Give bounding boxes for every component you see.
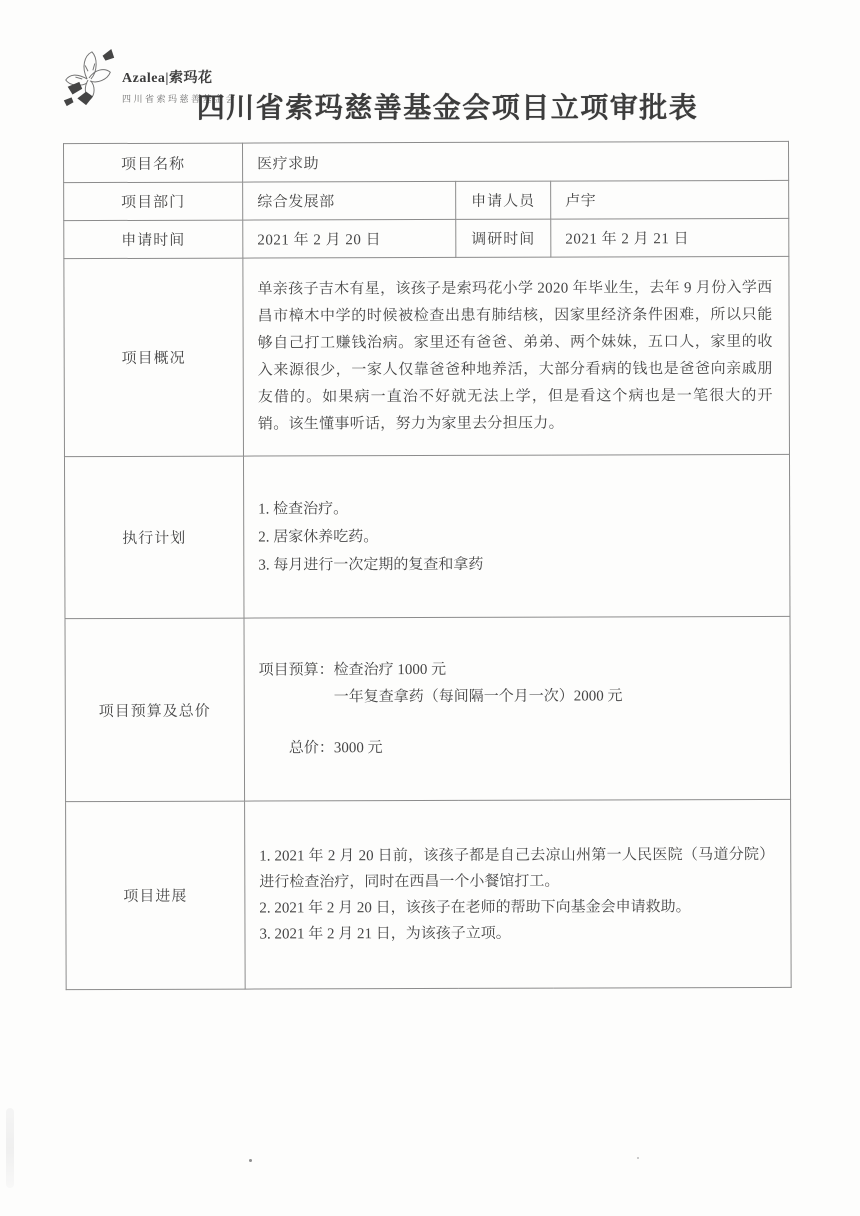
progress-item-2: 2. 2021 年 2 月 20 日，该孩子在老师的帮助下向基金会申请救助。 xyxy=(259,893,774,921)
plan-item-3: 3. 每月进行一次定期的复查和拿药 xyxy=(258,549,773,579)
row-dates: 申请时间 2021 年 2 月 20 日 调研时间 2021 年 2 月 21 … xyxy=(64,218,789,258)
logo-brand-name: Azalea|索玛花 xyxy=(122,67,237,87)
plan-cell: 1. 检查治疗。 2. 居家休养吃药。 3. 每月进行一次定期的复查和拿药 xyxy=(243,454,790,618)
project-name-label: 项目名称 xyxy=(64,143,243,183)
project-approval-table: 项目名称 医疗求助 项目部门 综合发展部 申请人员 卢宇 申请时间 2021 年… xyxy=(63,141,792,990)
row-overview: 项目概况 单亲孩子吉木有星，该孩子是索玛花小学 2020 年毕业生，去年 9 月… xyxy=(64,256,790,456)
project-name-value: 医疗求助 xyxy=(243,141,789,182)
document-title: 四川省索玛慈善基金会项目立项审批表 xyxy=(85,86,810,126)
research-time-value: 2021 年 2 月 21 日 xyxy=(551,218,789,257)
plan-item-1: 1. 检查治疗。 xyxy=(258,493,773,523)
progress-label: 项目进展 xyxy=(66,801,246,990)
budget-line-1: 项目预算：检查治疗 1000 元 xyxy=(259,655,774,684)
overview-cell: 单亲孩子吉木有星，该孩子是索玛花小学 2020 年毕业生，去年 9 月份入学西昌… xyxy=(243,256,790,456)
plan-label: 执行计划 xyxy=(64,456,244,619)
progress-list: 1. 2021 年 2 月 20 日前，该孩子都是自己去凉山州第一人民医院（马道… xyxy=(259,841,774,947)
row-department-applicant: 项目部门 综合发展部 申请人员 卢宇 xyxy=(64,180,789,220)
budget-block: 项目预算：检查治疗 1000 元 一年复查拿药（每间隔一个月一次）2000 元 … xyxy=(259,655,774,762)
applicant-value: 卢宇 xyxy=(551,180,789,219)
progress-item-1: 1. 2021 年 2 月 20 日前，该孩子都是自己去凉山州第一人民医院（马道… xyxy=(259,841,774,895)
row-budget: 项目预算及总价 项目预算：检查治疗 1000 元 一年复查拿药（每间隔一个月一次… xyxy=(65,616,791,801)
plan-list: 1. 检查治疗。 2. 居家休养吃药。 3. 每月进行一次定期的复查和拿药 xyxy=(258,493,773,579)
row-plan: 执行计划 1. 检查治疗。 2. 居家休养吃药。 3. 每月进行一次定期的复查和… xyxy=(64,454,790,618)
budget-total: 总价：3000 元 xyxy=(259,733,774,762)
row-progress: 项目进展 1. 2021 年 2 月 20 日前，该孩子都是自己去凉山州第一人民… xyxy=(66,799,792,989)
budget-label: 项目预算及总价 xyxy=(65,618,245,802)
plan-item-2: 2. 居家休养吃药。 xyxy=(258,521,773,551)
progress-cell: 1. 2021 年 2 月 20 日前，该孩子都是自己去凉山州第一人民医院（马道… xyxy=(245,799,792,989)
department-value: 综合发展部 xyxy=(243,181,456,220)
scan-smudge xyxy=(6,1108,14,1188)
research-time-label: 调研时间 xyxy=(456,219,551,257)
overview-text: 单亲孩子吉木有星，该孩子是索玛花小学 2020 年毕业生，去年 9 月份入学西昌… xyxy=(257,274,773,438)
apply-time-value: 2021 年 2 月 20 日 xyxy=(243,219,456,258)
apply-time-label: 申请时间 xyxy=(64,220,243,259)
budget-cell: 项目预算：检查治疗 1000 元 一年复查拿药（每间隔一个月一次）2000 元 … xyxy=(244,616,791,801)
overview-label: 项目概况 xyxy=(64,258,244,457)
budget-line-2: 一年复查拿药（每间隔一个月一次）2000 元 xyxy=(259,682,774,711)
department-label: 项目部门 xyxy=(64,182,243,221)
scan-speck xyxy=(637,1157,639,1159)
scanned-document-page: Azalea|索玛花 四川省索玛慈善基金会 四川省索玛慈善基金会项目立项审批表 … xyxy=(0,0,860,1216)
row-project-name: 项目名称 医疗求助 xyxy=(64,141,789,182)
applicant-label: 申请人员 xyxy=(456,181,551,219)
scan-speck xyxy=(249,1159,252,1162)
progress-item-3: 3. 2021 年 2 月 21 日，为该孩子立项。 xyxy=(259,919,774,947)
